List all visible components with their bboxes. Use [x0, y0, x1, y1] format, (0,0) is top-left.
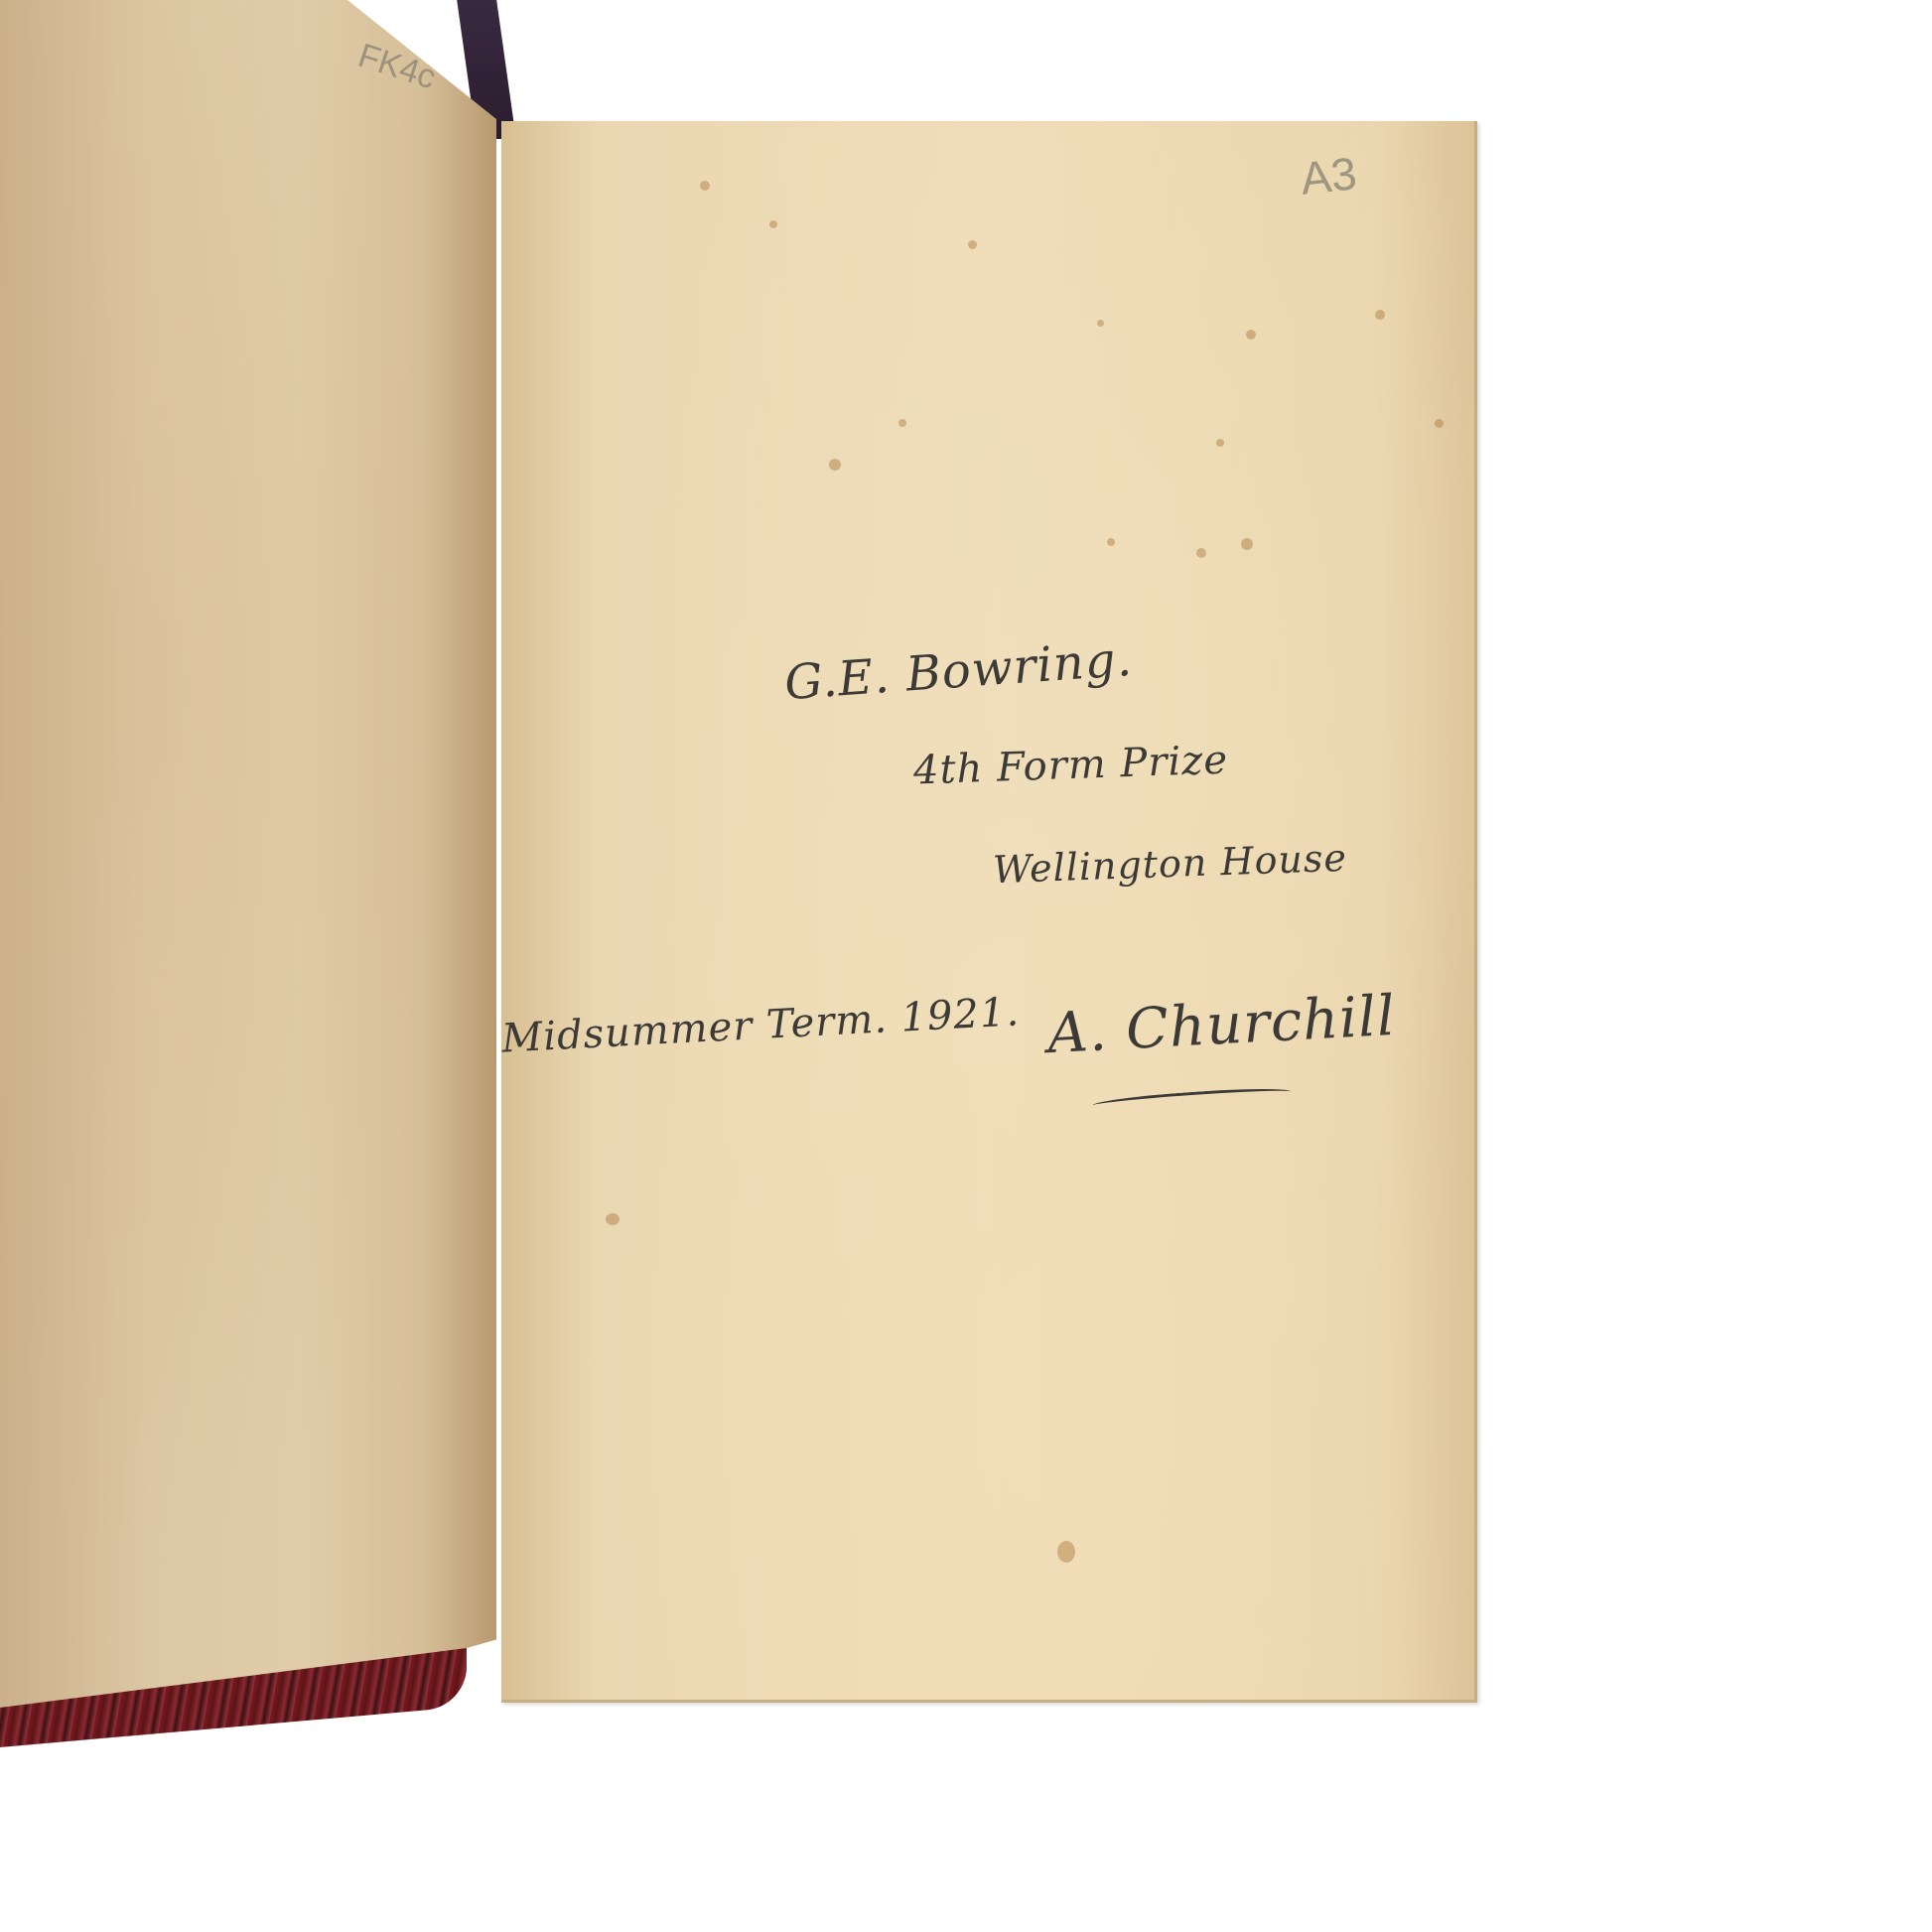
foxing-spot	[606, 1213, 620, 1225]
foxing-spot	[1246, 330, 1256, 340]
foxing-spot	[1196, 548, 1206, 558]
right-page	[501, 121, 1477, 1703]
foxing-spot	[1241, 538, 1253, 550]
book-photo: FK4c A3 G.E. Bowring. 4th Form Prize Wel…	[0, 0, 1932, 1932]
right-pencil-note: A3	[1298, 146, 1359, 206]
foxing-spot	[1107, 538, 1115, 546]
foxing-spot	[1057, 1541, 1075, 1563]
foxing-spot	[1097, 320, 1104, 327]
foxing-spot	[769, 220, 777, 228]
foxing-spot	[898, 419, 906, 427]
foxing-spot	[1375, 310, 1385, 320]
left-page	[0, 0, 496, 1727]
foxing-spot	[700, 181, 710, 191]
foxing-spot	[829, 459, 841, 471]
foxing-spot	[1435, 419, 1444, 428]
foxing-spot	[968, 240, 977, 249]
foxing-spot	[1216, 439, 1224, 447]
